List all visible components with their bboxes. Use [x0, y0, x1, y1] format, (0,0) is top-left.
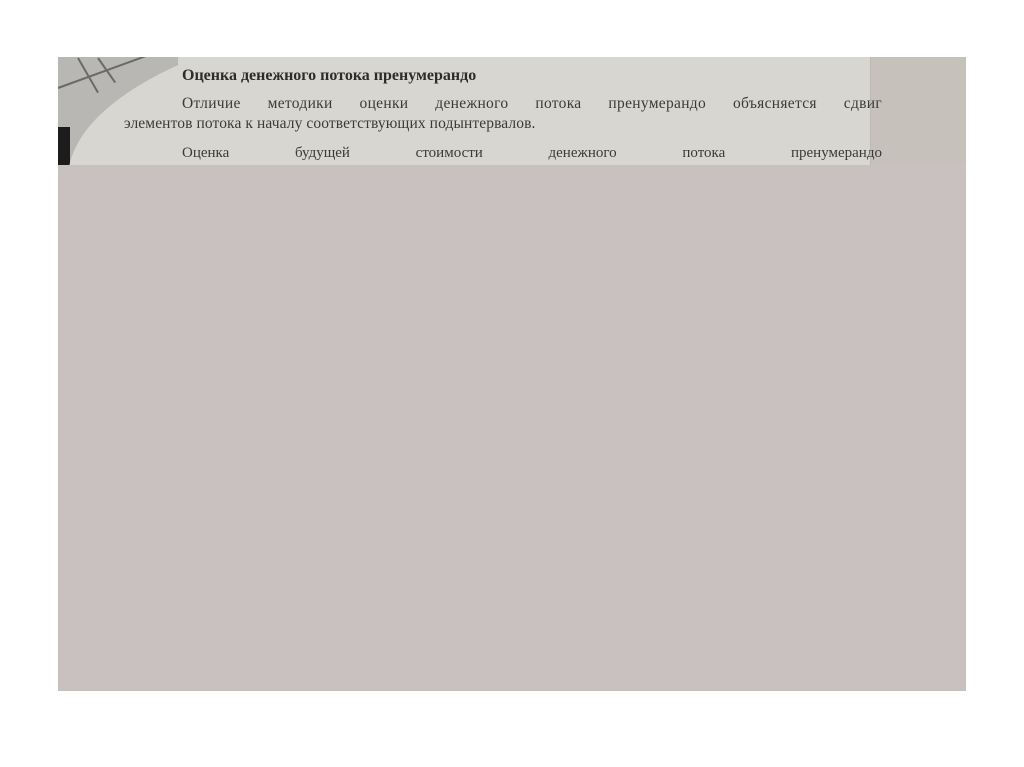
gray-overlay-panel — [58, 165, 966, 691]
word: денежного — [549, 145, 617, 162]
paragraph-line-2: элементов потока к началу соответствующи… — [124, 115, 535, 133]
page-margin-column — [870, 57, 966, 165]
word: потока — [682, 145, 725, 162]
page-photo-strip: Оценка денежного потока пренумерандо Отл… — [58, 57, 966, 165]
word: пренумерандо — [791, 145, 882, 162]
paragraph-line-1: Отличие методики оценки денежного потока… — [182, 95, 882, 113]
document-photo: Оценка денежного потока пренумерандо Отл… — [58, 57, 966, 691]
word: Оценка — [182, 145, 229, 162]
word: будущей — [295, 145, 350, 162]
section-heading: Оценка денежного потока пренумерандо — [182, 67, 476, 85]
word: стоимости — [416, 145, 483, 162]
dark-corner — [58, 127, 70, 165]
paragraph-2-first-line: Оценка будущей стоимости денежного поток… — [182, 145, 882, 162]
